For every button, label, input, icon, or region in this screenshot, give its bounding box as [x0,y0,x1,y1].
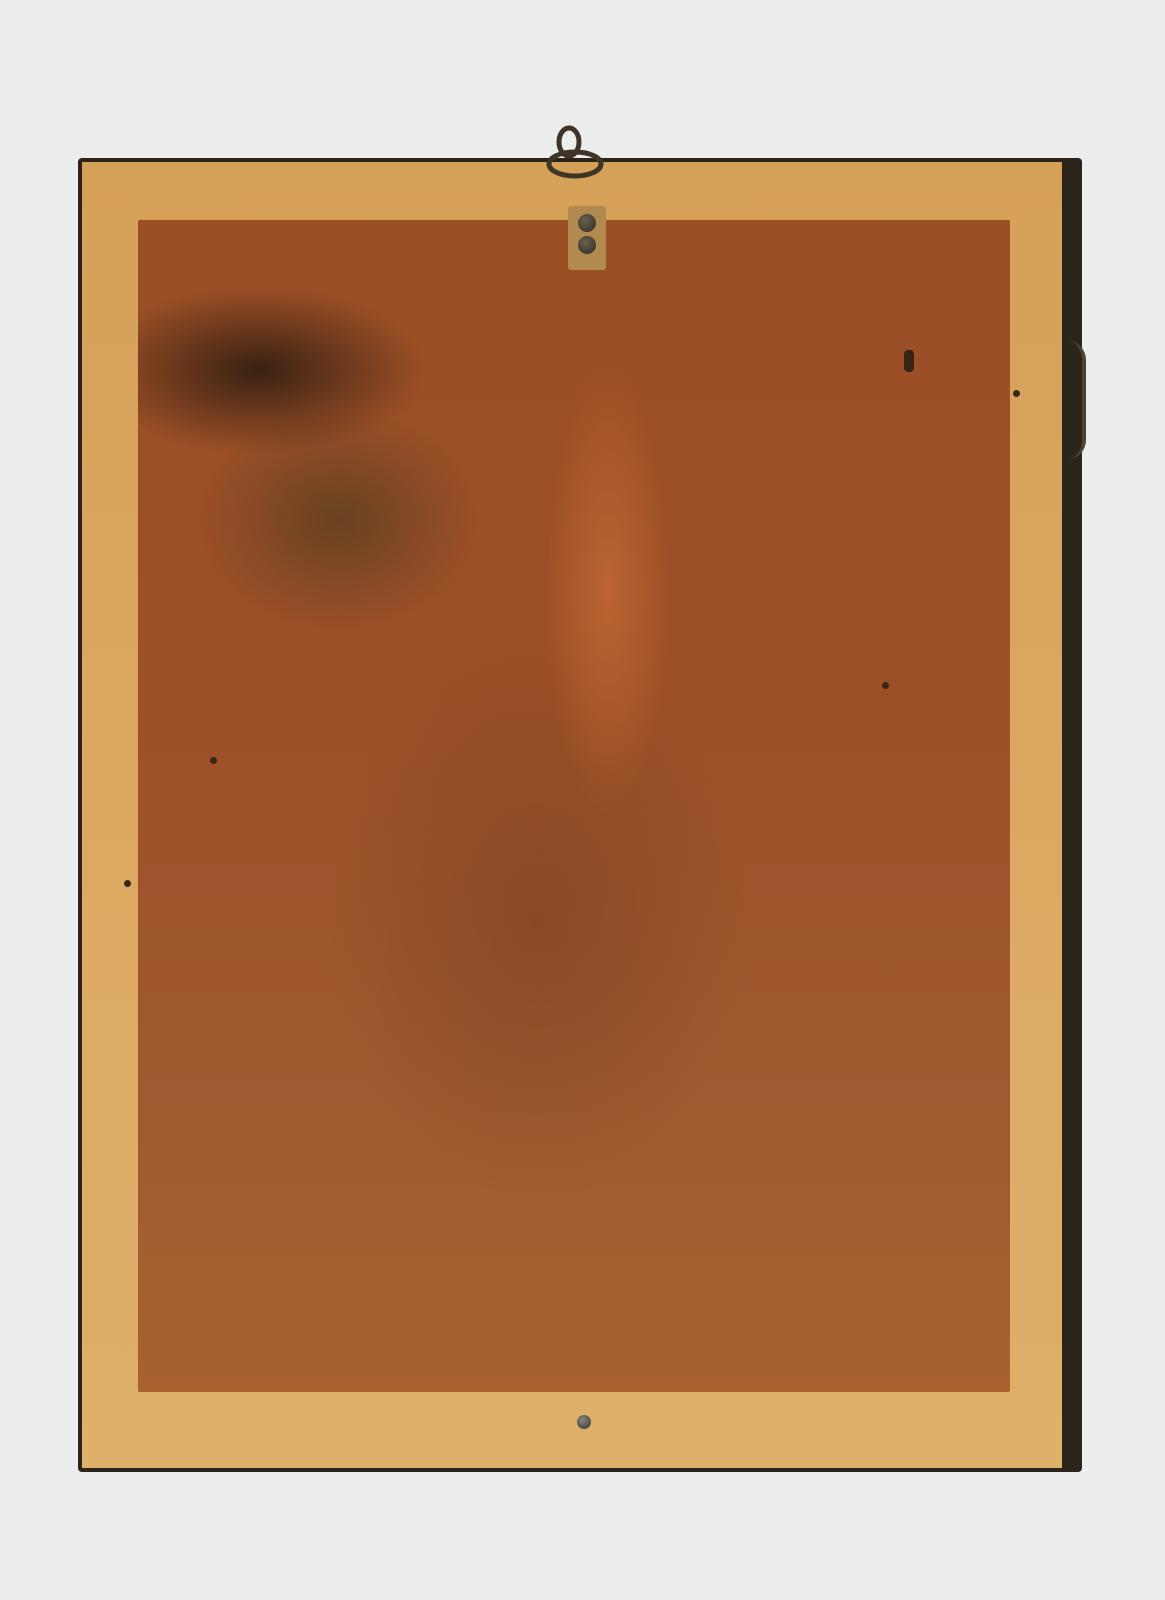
photo-scene [0,0,1165,1600]
worm-hole [1013,390,1020,397]
loose-metal-strap [1058,340,1086,460]
hanging-ring-icon [535,122,615,182]
rivet-icon [578,236,596,254]
dark-stain [904,350,914,372]
brass-mounting-plate [568,206,606,270]
bottom-nail-icon [577,1415,591,1429]
rivet-icon [578,214,596,232]
worm-hole [210,757,217,764]
worm-hole [124,880,131,887]
worm-hole [882,682,889,689]
panel-inner-stained-area [138,220,1010,1392]
wood-panel [82,162,1062,1468]
